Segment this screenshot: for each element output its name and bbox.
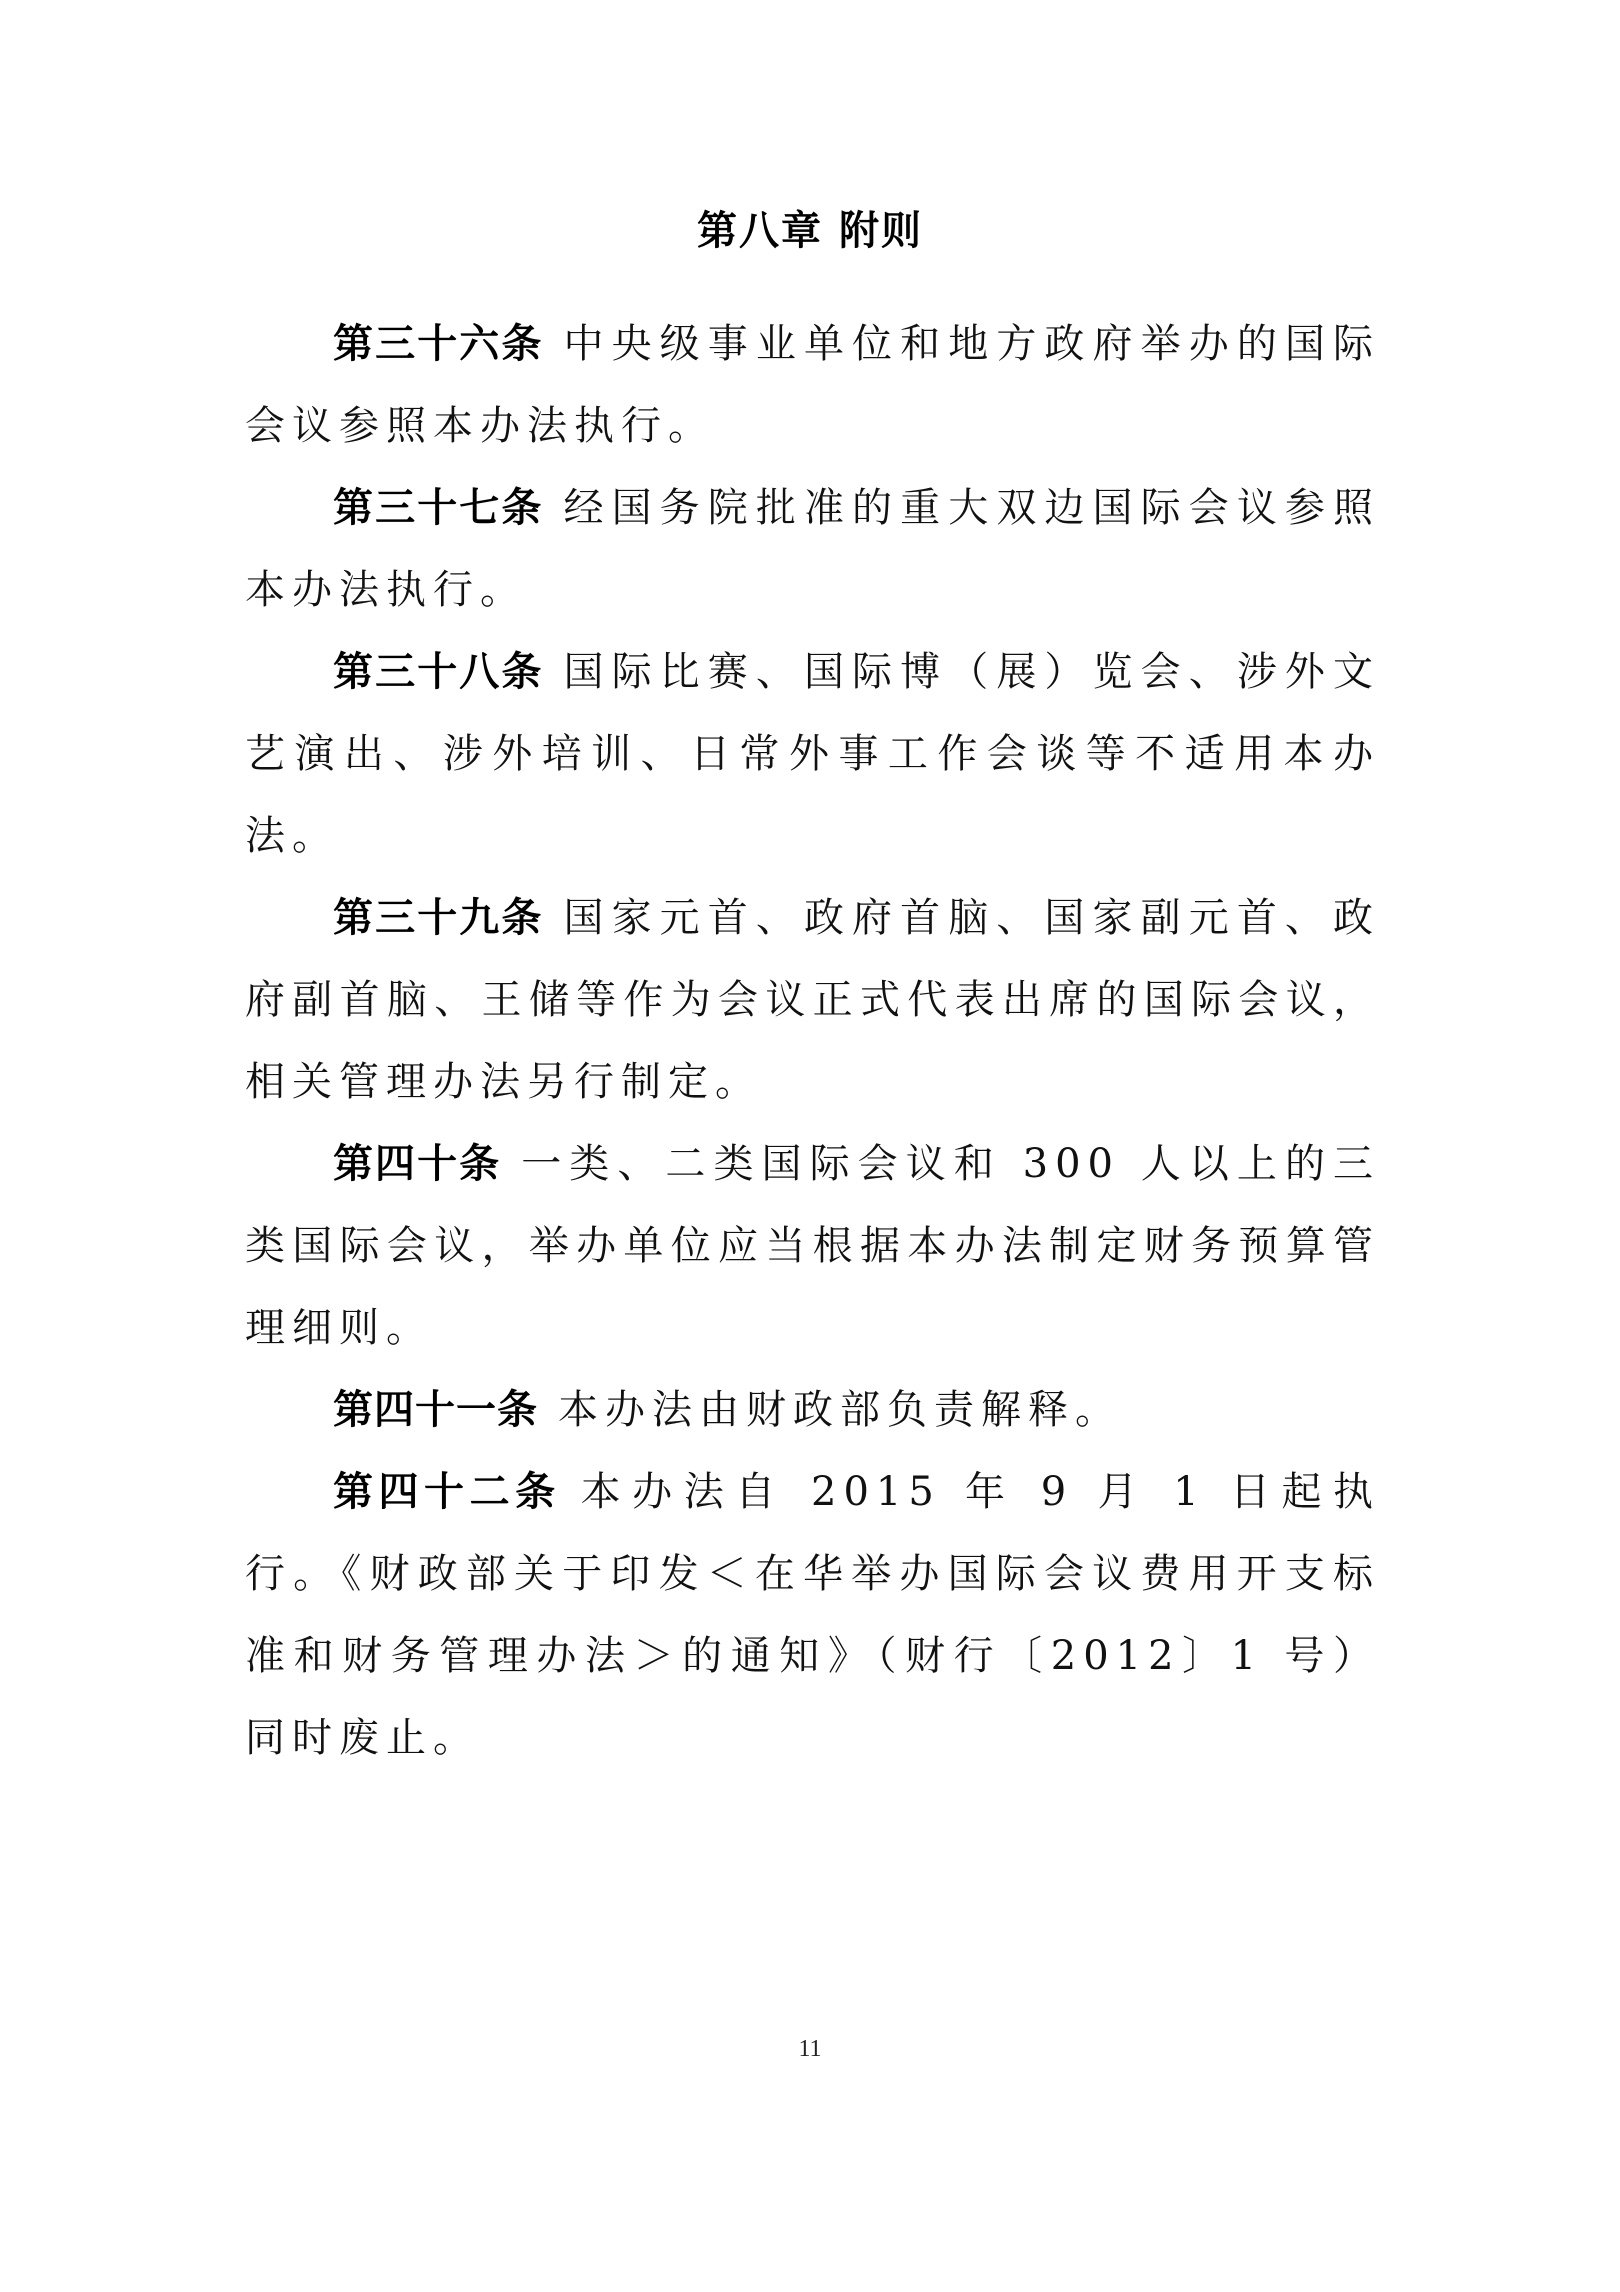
article-37: 第三十七条经国务院批准的重大双边国际会议参照本办法执行。 — [245, 467, 1380, 631]
article-text: 本办法由财政部负责解释。 — [558, 1387, 1122, 1433]
articles-list: 第三十六条中央级事业单位和地方政府举办的国际会议参照本办法执行。 第三十七条经国… — [245, 303, 1380, 1779]
article-42: 第四十二条本办法自 2015 年 9 月 1 日起执行。《财政部关于印发＜在华举… — [245, 1451, 1380, 1779]
page-number: 11 — [0, 2036, 1620, 2063]
article-39: 第三十九条国家元首、政府首脑、国家副元首、政府副首脑、王储等作为会议正式代表出席… — [245, 877, 1380, 1123]
article-number: 第三十七条 — [333, 485, 543, 531]
article-number: 第三十八条 — [333, 649, 543, 695]
article-number: 第三十六条 — [333, 321, 543, 367]
article-number: 第三十九条 — [333, 895, 543, 941]
article-40: 第四十条一类、二类国际会议和 300 人以上的三类国际会议，举办单位应当根据本办… — [245, 1123, 1380, 1369]
article-number: 第四十二条 — [333, 1469, 561, 1515]
article-36: 第三十六条中央级事业单位和地方政府举办的国际会议参照本办法执行。 — [245, 303, 1380, 467]
article-41: 第四十一条本办法由财政部负责解释。 — [245, 1369, 1380, 1451]
article-number: 第四十一条 — [333, 1387, 538, 1433]
article-number: 第四十条 — [333, 1141, 501, 1187]
chapter-title: 第八章 附则 — [0, 205, 1620, 257]
article-38: 第三十八条国际比赛、国际博（展）览会、涉外文艺演出、涉外培训、日常外事工作会谈等… — [245, 631, 1380, 877]
